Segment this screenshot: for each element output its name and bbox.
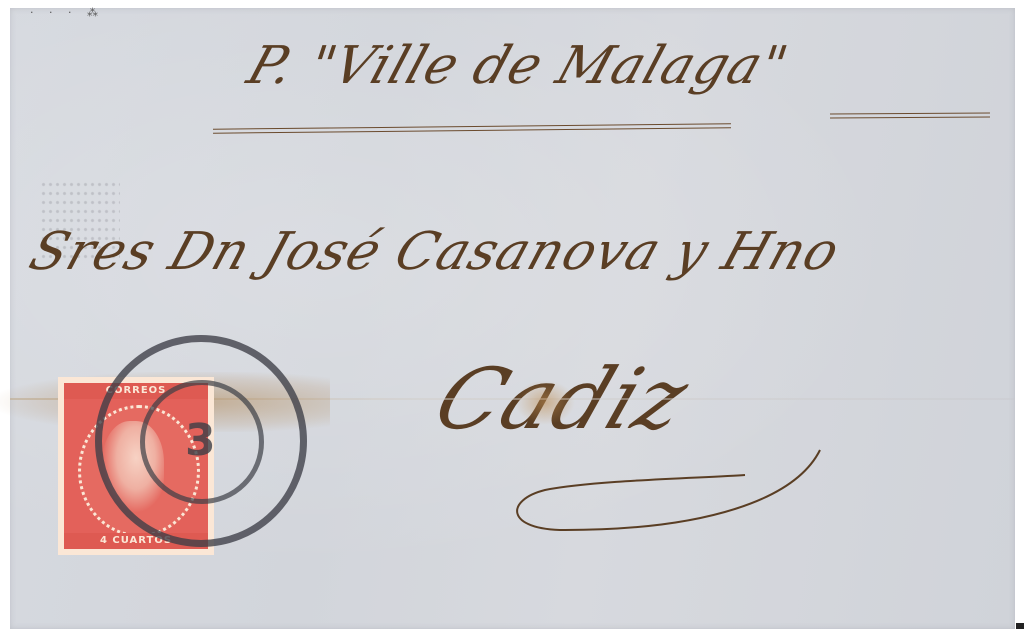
ship-line: P. "Ville de Malaga" (240, 36, 795, 96)
scan-corner (1016, 623, 1024, 629)
postmark-number: 3 (185, 415, 216, 466)
addressee-line: Sres Dn José Casanova y Hno (22, 222, 847, 282)
corner-marks: · · · ⁂ (30, 6, 104, 19)
ink-stain (515, 380, 575, 425)
destination-flourish (505, 430, 825, 535)
